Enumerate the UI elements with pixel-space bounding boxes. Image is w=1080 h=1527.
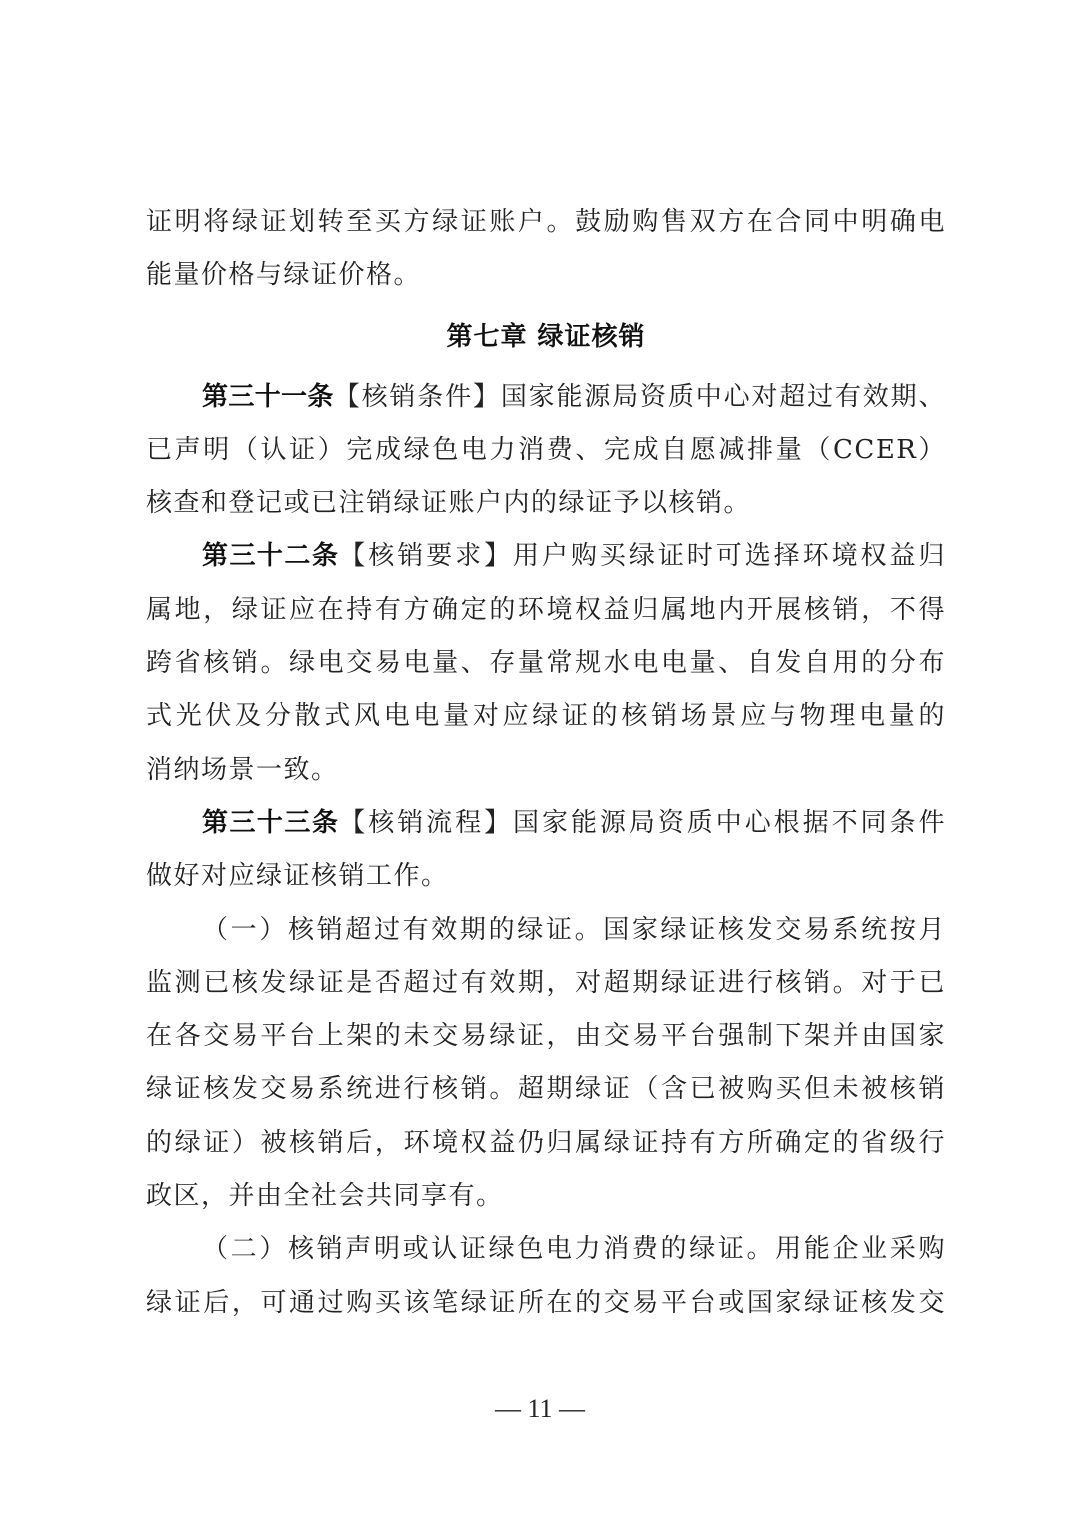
paragraph-line: 能量价格与绿证价格。 [146,249,946,302]
paragraph-line: 监测已核发绿证是否超过有效期，对超期绿证进行核销。对于已 [146,957,946,1010]
article-number: 第三十三条 [202,808,339,838]
paragraph-line: 的绿证）被核销后，环境权益仍归属绿证持有方所确定的省级行 [146,1117,946,1170]
article-text: 国家能源局资质中心对超过有效期、 [501,382,946,412]
item-2-first-line: （二）核销声明或认证绿色电力消费的绿证。用能企业采购 [146,1223,946,1276]
article-topic: 【核销流程】 [339,808,513,838]
item-1-first-line: （一）核销超过有效期的绿证。国家绿证核发交易系统按月 [146,904,946,957]
paragraph-line: 核查和登记或已注销绿证账户内的绿证予以核销。 [146,477,946,530]
article-31-first-line: 第三十一条【核销条件】国家能源局资质中心对超过有效期、 [146,371,946,424]
article-topic: 【核销条件】 [334,382,501,412]
paragraph-line: 式光伏及分散式风电电量对应绿证的核销场景应与物理电量的 [146,690,946,743]
paragraph-line: 做好对应绿证核销工作。 [146,850,946,903]
paragraph-line: 属地，绿证应在持有方确定的环境权益归属地内开展核销，不得 [146,584,946,637]
article-text: 用户购买绿证时可选择环境权益归 [513,541,946,571]
article-number: 第三十一条 [202,382,334,412]
paragraph-line: 消纳场景一致。 [146,744,946,797]
article-text: 国家能源局资质中心根据不同条件 [513,808,946,838]
document-body: 证明将绿证划转至买方绿证账户。鼓励购售双方在合同中明确电 能量价格与绿证价格。 … [146,196,946,1330]
paragraph-line: 跨省核销。绿电交易电量、存量常规水电电量、自发自用的分布 [146,637,946,690]
paragraph-line: 证明将绿证划转至买方绿证账户。鼓励购售双方在合同中明确电 [146,196,946,249]
article-number: 第三十二条 [202,541,339,571]
document-page: 证明将绿证划转至买方绿证账户。鼓励购售双方在合同中明确电 能量价格与绿证价格。 … [0,0,1080,1527]
paragraph-line: 已声明（认证）完成绿色电力消费、完成自愿减排量（CCER） [146,424,946,477]
article-32-first-line: 第三十二条【核销要求】用户购买绿证时可选择环境权益归 [146,530,946,583]
paragraph-line: 绿证后，可通过购买该笔绿证所在的交易平台或国家绿证核发交 [146,1277,946,1330]
paragraph-line: 政区，并由全社会共同享有。 [146,1170,946,1223]
article-topic: 【核销要求】 [339,541,513,571]
chapter-heading: 第七章 绿证核销 [146,303,946,371]
paragraph-line: 绿证核发交易系统进行核销。超期绿证（含已被购买但未被核销 [146,1063,946,1116]
article-33-first-line: 第三十三条【核销流程】国家能源局资质中心根据不同条件 [146,797,946,850]
paragraph-line: 在各交易平台上架的未交易绿证，由交易平台强制下架并由国家 [146,1010,946,1063]
page-number: — 11 — [0,1394,1080,1424]
